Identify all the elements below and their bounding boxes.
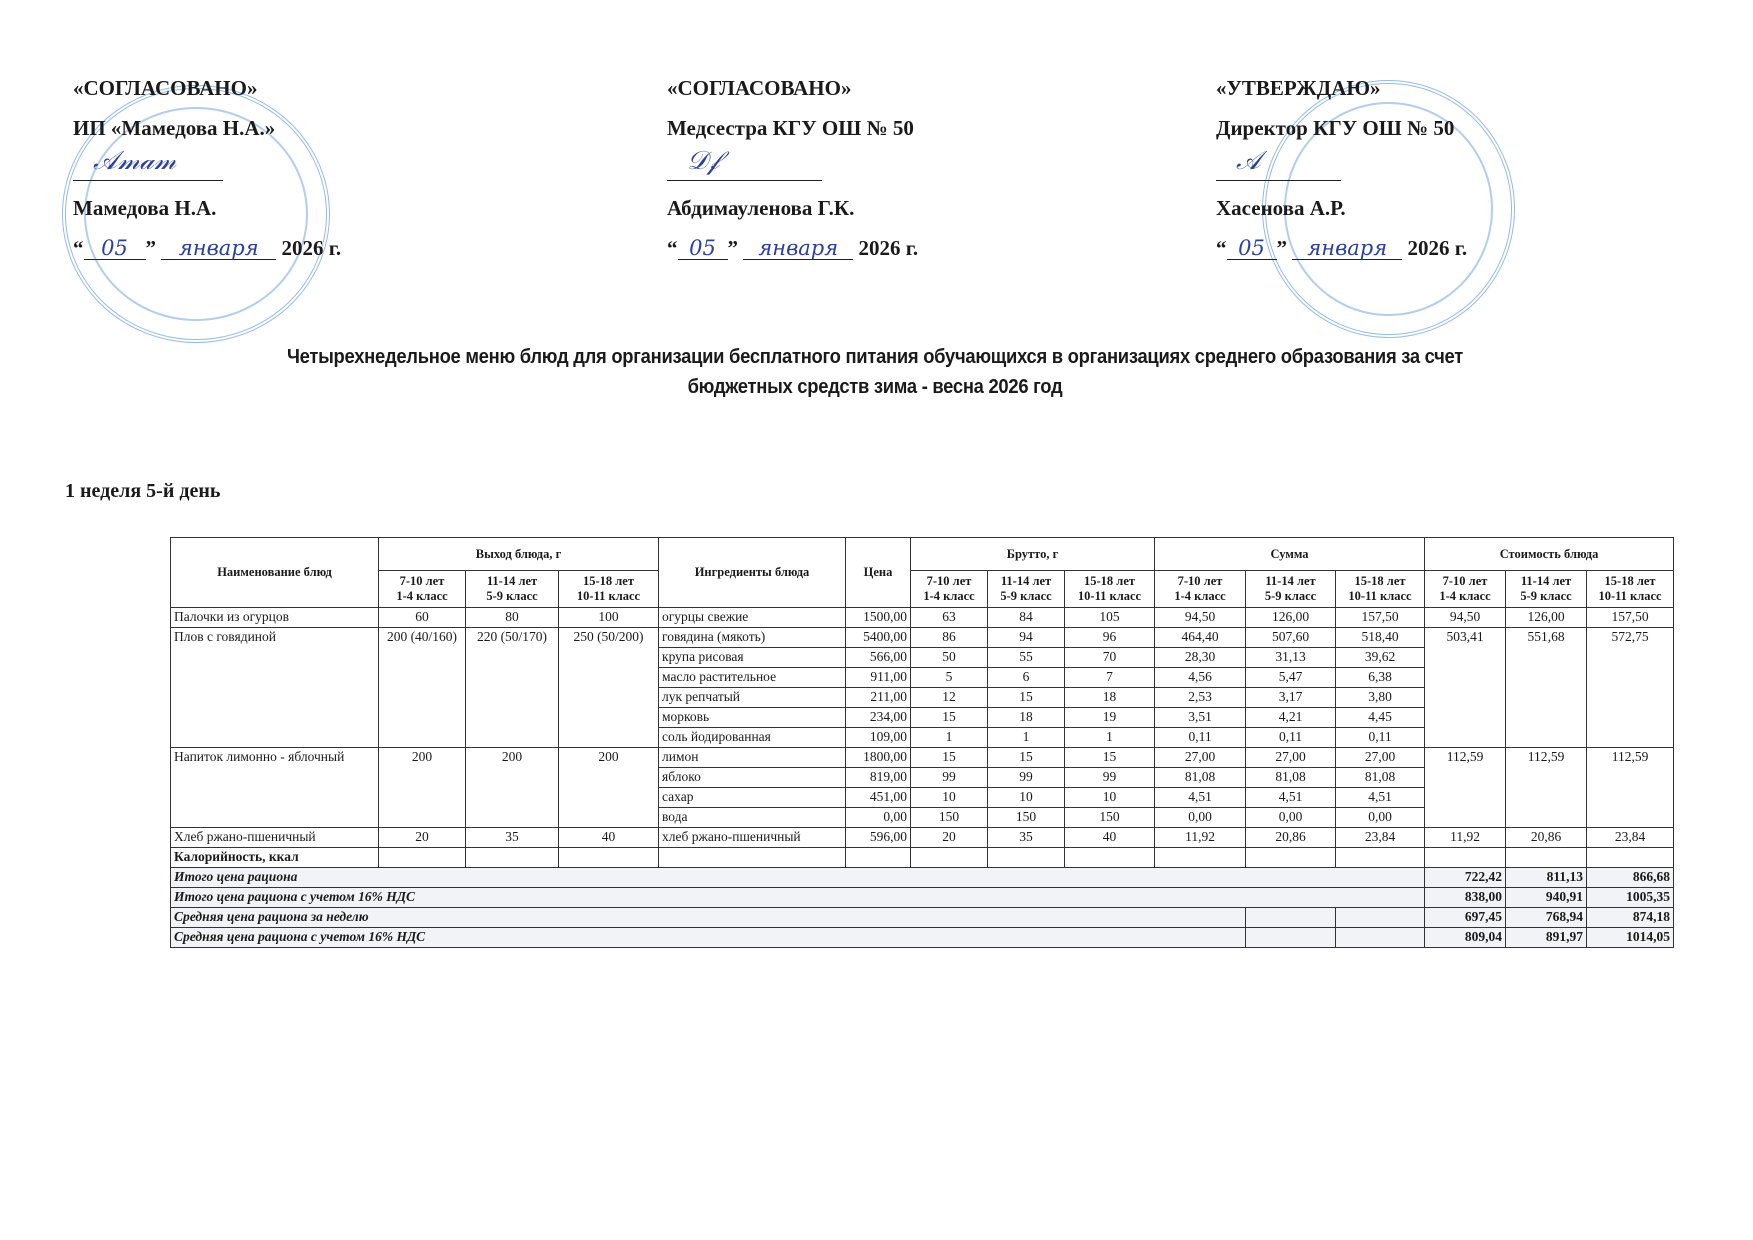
dish-cost: 11,92 xyxy=(1425,828,1506,848)
ingredient-price: 234,00 xyxy=(846,708,911,728)
calories-cell xyxy=(1506,848,1587,868)
table-row: Хлеб ржано-пшеничный203540хлеб ржано-пше… xyxy=(171,828,1674,848)
dish-cost: 157,50 xyxy=(1587,608,1674,628)
summary-label: Средняя цена рациона с учетом 16% НДС xyxy=(171,928,1246,948)
ingredient-sum: 23,84 xyxy=(1336,828,1425,848)
summary-value: 891,97 xyxy=(1506,928,1587,948)
ingredient-brutto: 70 xyxy=(1065,648,1155,668)
header-yield: Выход блюда, г xyxy=(379,538,659,571)
ingredient-brutto: 150 xyxy=(988,808,1065,828)
calories-cell xyxy=(1425,848,1506,868)
dish-yield: 200 xyxy=(466,748,559,828)
header-sum: Сумма xyxy=(1155,538,1425,571)
ingredient-sum: 0,11 xyxy=(1155,728,1246,748)
ingredient-brutto: 15 xyxy=(988,748,1065,768)
ingredient-sum: 4,45 xyxy=(1336,708,1425,728)
ingredient-sum: 0,11 xyxy=(1336,728,1425,748)
dish-yield: 220 (50/170) xyxy=(466,628,559,748)
calories-row: Калорийность, ккал xyxy=(171,848,1674,868)
ingredient-brutto: 86 xyxy=(911,628,988,648)
ingredient-sum: 11,92 xyxy=(1155,828,1246,848)
dish-cost: 112,59 xyxy=(1425,748,1506,828)
menu-table: Наименование блюд Выход блюда, г Ингреди… xyxy=(170,537,1674,948)
signature-line: 𝒜𝓂𝒶𝓂 xyxy=(73,158,223,181)
header-age-group: 7-10 лет1-4 класс xyxy=(911,571,988,608)
ingredient-brutto: 1 xyxy=(911,728,988,748)
ingredient-name: огурцы свежие xyxy=(659,608,846,628)
summary-value: 809,04 xyxy=(1425,928,1506,948)
ingredient-brutto: 105 xyxy=(1065,608,1155,628)
dish-cost: 112,59 xyxy=(1506,748,1587,828)
header-ingredients: Ингредиенты блюда xyxy=(659,538,846,608)
header-dish-name: Наименование блюд xyxy=(171,538,379,608)
approval-name: Хасенова А.Р. xyxy=(1216,198,1467,224)
signature-icon: 𝒜𝓂𝒶𝓂 xyxy=(93,148,176,174)
ingredient-sum: 518,40 xyxy=(1336,628,1425,648)
ingredient-brutto: 15 xyxy=(1065,748,1155,768)
ingredient-brutto: 55 xyxy=(988,648,1065,668)
summary-label: Итого цена рациона xyxy=(171,868,1425,888)
ingredient-sum: 27,00 xyxy=(1246,748,1336,768)
summary-value: 697,45 xyxy=(1425,908,1506,928)
ingredient-name: крупа рисовая xyxy=(659,648,846,668)
summary-label: Средняя цена рациона за неделю xyxy=(171,908,1246,928)
ingredient-sum: 0,11 xyxy=(1246,728,1336,748)
ingredient-brutto: 35 xyxy=(988,828,1065,848)
header-brutto: Брутто, г xyxy=(911,538,1155,571)
calories-cell xyxy=(466,848,559,868)
ingredient-sum: 5,47 xyxy=(1246,668,1336,688)
ingredient-brutto: 19 xyxy=(1065,708,1155,728)
dish-cost: 112,59 xyxy=(1587,748,1674,828)
ingredient-sum: 28,30 xyxy=(1155,648,1246,668)
ingredient-brutto: 5 xyxy=(911,668,988,688)
ingredient-name: масло растительное xyxy=(659,668,846,688)
table-row: Напиток лимонно - яблочный200200200лимон… xyxy=(171,748,1674,768)
ingredient-sum: 4,21 xyxy=(1246,708,1336,728)
ingredient-sum: 81,08 xyxy=(1246,768,1336,788)
ingredient-sum: 4,51 xyxy=(1246,788,1336,808)
calories-cell xyxy=(1336,848,1425,868)
approval-block-director: «УТВЕРЖДАЮ» Директор КГУ ОШ № 50 𝒜 Хасен… xyxy=(1216,78,1467,278)
calories-cell xyxy=(1155,848,1246,868)
ingredient-brutto: 84 xyxy=(988,608,1065,628)
approval-heading: «УТВЕРЖДАЮ» xyxy=(1216,78,1467,104)
header-cost: Стоимость блюда xyxy=(1425,538,1674,571)
dish-cost: 551,68 xyxy=(1506,628,1587,748)
ingredient-sum: 31,13 xyxy=(1246,648,1336,668)
table-row: Плов с говядиной200 (40/160)220 (50/170)… xyxy=(171,628,1674,648)
approval-heading: «СОГЛАСОВАНО» xyxy=(73,78,341,104)
summary-row: Итого цена рациона с учетом 16% НДС838,0… xyxy=(171,888,1674,908)
summary-value: 940,91 xyxy=(1506,888,1587,908)
ingredient-sum: 507,60 xyxy=(1246,628,1336,648)
ingredient-brutto: 40 xyxy=(1065,828,1155,848)
ingredient-name: морковь xyxy=(659,708,846,728)
ingredient-name: лимон xyxy=(659,748,846,768)
ingredient-name: говядина (мякоть) xyxy=(659,628,846,648)
header-age-group: 7-10 лет1-4 класс xyxy=(1425,571,1506,608)
ingredient-price: 5400,00 xyxy=(846,628,911,648)
ingredient-sum: 81,08 xyxy=(1336,768,1425,788)
ingredient-brutto: 12 xyxy=(911,688,988,708)
ingredient-price: 911,00 xyxy=(846,668,911,688)
approval-block-ip: «СОГЛАСОВАНО» ИП «Мамедова Н.А.» 𝒜𝓂𝒶𝓂 Ма… xyxy=(73,78,341,278)
summary-cell xyxy=(1246,928,1336,948)
summary-value: 722,42 xyxy=(1425,868,1506,888)
dish-yield: 200 xyxy=(559,748,659,828)
signature-line: 𝒟𝒻 xyxy=(667,158,822,181)
document-title-line-1: Четырехнедельное меню блюд для организац… xyxy=(162,342,1588,372)
summary-cell xyxy=(1336,908,1425,928)
dish-yield: 250 (50/200) xyxy=(559,628,659,748)
document-title: Четырехнедельное меню блюд для организац… xyxy=(162,342,1588,402)
ingredient-brutto: 63 xyxy=(911,608,988,628)
ingredient-sum: 94,50 xyxy=(1155,608,1246,628)
ingredient-brutto: 18 xyxy=(988,708,1065,728)
ingredient-name: сахар xyxy=(659,788,846,808)
signature-icon: 𝒟𝒻 xyxy=(687,148,719,174)
summary-value: 838,00 xyxy=(1425,888,1506,908)
header-age-group: 15-18 лет10-11 класс xyxy=(1336,571,1425,608)
summary-value: 1014,05 xyxy=(1587,928,1674,948)
ingredient-sum: 4,56 xyxy=(1155,668,1246,688)
approval-org: Директор КГУ ОШ № 50 xyxy=(1216,118,1467,144)
approval-block-nurse: «СОГЛАСОВАНО» Медсестра КГУ ОШ № 50 𝒟𝒻 А… xyxy=(667,78,918,278)
approval-org: Медсестра КГУ ОШ № 50 xyxy=(667,118,918,144)
calories-cell xyxy=(1246,848,1336,868)
ingredient-brutto: 15 xyxy=(988,688,1065,708)
approval-name: Мамедова Н.А. xyxy=(73,198,341,224)
ingredient-price: 1500,00 xyxy=(846,608,911,628)
ingredient-sum: 126,00 xyxy=(1246,608,1336,628)
ingredient-brutto: 15 xyxy=(911,708,988,728)
dish-cost: 572,75 xyxy=(1587,628,1674,748)
ingredient-name: вода xyxy=(659,808,846,828)
ingredient-brutto: 94 xyxy=(988,628,1065,648)
ingredient-brutto: 150 xyxy=(911,808,988,828)
summary-value: 768,94 xyxy=(1506,908,1587,928)
dish-yield: 100 xyxy=(559,608,659,628)
ingredient-sum: 464,40 xyxy=(1155,628,1246,648)
ingredient-price: 819,00 xyxy=(846,768,911,788)
dish-yield: 20 xyxy=(379,828,466,848)
document-title-line-2: бюджетных средств зима - весна 2026 год xyxy=(162,372,1588,402)
dish-yield: 200 (40/160) xyxy=(379,628,466,748)
dish-cost: 20,86 xyxy=(1506,828,1587,848)
ingredient-price: 566,00 xyxy=(846,648,911,668)
ingredient-sum: 27,00 xyxy=(1336,748,1425,768)
header-age-group: 11-14 лет5-9 класс xyxy=(1506,571,1587,608)
ingredient-sum: 0,00 xyxy=(1246,808,1336,828)
ingredient-sum: 6,38 xyxy=(1336,668,1425,688)
dish-name: Напиток лимонно - яблочный xyxy=(171,748,379,828)
summary-value: 1005,35 xyxy=(1587,888,1674,908)
ingredient-brutto: 10 xyxy=(988,788,1065,808)
header-age-group: 15-18 лет10-11 класс xyxy=(1065,571,1155,608)
calories-cell xyxy=(659,848,846,868)
approval-date: “05” января 2026 г. xyxy=(667,238,918,264)
approval-date: “05” января 2026 г. xyxy=(1216,238,1467,264)
calories-cell xyxy=(1587,848,1674,868)
table-row: Палочки из огурцов6080100огурцы свежие15… xyxy=(171,608,1674,628)
ingredient-brutto: 10 xyxy=(1065,788,1155,808)
header-age-group: 11-14 лет5-9 класс xyxy=(1246,571,1336,608)
dish-yield: 35 xyxy=(466,828,559,848)
ingredient-sum: 81,08 xyxy=(1155,768,1246,788)
ingredient-name: лук репчатый xyxy=(659,688,846,708)
calories-cell xyxy=(379,848,466,868)
ingredient-brutto: 96 xyxy=(1065,628,1155,648)
ingredient-price: 211,00 xyxy=(846,688,911,708)
header-age-group: 7-10 лет1-4 класс xyxy=(379,571,466,608)
ingredient-sum: 27,00 xyxy=(1155,748,1246,768)
calories-cell xyxy=(846,848,911,868)
ingredient-brutto: 99 xyxy=(911,768,988,788)
ingredient-brutto: 15 xyxy=(911,748,988,768)
ingredient-name: соль йодированная xyxy=(659,728,846,748)
ingredient-brutto: 18 xyxy=(1065,688,1155,708)
ingredient-price: 451,00 xyxy=(846,788,911,808)
ingredient-sum: 20,86 xyxy=(1246,828,1336,848)
summary-value: 811,13 xyxy=(1506,868,1587,888)
ingredient-price: 109,00 xyxy=(846,728,911,748)
dish-name: Плов с говядиной xyxy=(171,628,379,748)
header-age-group: 15-18 лет10-11 класс xyxy=(1587,571,1674,608)
ingredient-sum: 4,51 xyxy=(1155,788,1246,808)
dish-yield: 60 xyxy=(379,608,466,628)
summary-row: Итого цена рациона722,42811,13866,68 xyxy=(171,868,1674,888)
summary-row: Средняя цена рациона с учетом 16% НДС809… xyxy=(171,928,1674,948)
summary-row: Средняя цена рациона за неделю697,45768,… xyxy=(171,908,1674,928)
approval-name: Абдимауленова Г.К. xyxy=(667,198,918,224)
header-age-group: 11-14 лет5-9 класс xyxy=(466,571,559,608)
signature-icon: 𝒜 xyxy=(1236,148,1261,174)
ingredient-brutto: 99 xyxy=(988,768,1065,788)
approval-heading: «СОГЛАСОВАНО» xyxy=(667,78,918,104)
ingredient-sum: 0,00 xyxy=(1336,808,1425,828)
ingredient-brutto: 7 xyxy=(1065,668,1155,688)
ingredient-name: яблоко xyxy=(659,768,846,788)
ingredient-sum: 3,80 xyxy=(1336,688,1425,708)
dish-name: Палочки из огурцов xyxy=(171,608,379,628)
ingredient-brutto: 10 xyxy=(911,788,988,808)
dish-cost: 126,00 xyxy=(1506,608,1587,628)
ingredient-name: хлеб ржано-пшеничный xyxy=(659,828,846,848)
header-age-group: 7-10 лет1-4 класс xyxy=(1155,571,1246,608)
summary-value: 874,18 xyxy=(1587,908,1674,928)
ingredient-sum: 39,62 xyxy=(1336,648,1425,668)
dish-yield: 200 xyxy=(379,748,466,828)
ingredient-brutto: 6 xyxy=(988,668,1065,688)
header-age-group: 11-14 лет5-9 класс xyxy=(988,571,1065,608)
summary-cell xyxy=(1246,908,1336,928)
summary-value: 866,68 xyxy=(1587,868,1674,888)
ingredient-price: 1800,00 xyxy=(846,748,911,768)
ingredient-brutto: 99 xyxy=(1065,768,1155,788)
calories-cell xyxy=(911,848,988,868)
ingredient-sum: 4,51 xyxy=(1336,788,1425,808)
ingredient-sum: 2,53 xyxy=(1155,688,1246,708)
header-price: Цена xyxy=(846,538,911,608)
ingredient-brutto: 50 xyxy=(911,648,988,668)
ingredient-sum: 3,17 xyxy=(1246,688,1336,708)
ingredient-price: 0,00 xyxy=(846,808,911,828)
approval-date: “05” января 2026 г. xyxy=(73,238,341,264)
calories-cell xyxy=(1065,848,1155,868)
dish-name: Хлеб ржано-пшеничный xyxy=(171,828,379,848)
ingredient-sum: 3,51 xyxy=(1155,708,1246,728)
signature-line: 𝒜 xyxy=(1216,158,1341,181)
dish-cost: 503,41 xyxy=(1425,628,1506,748)
ingredient-brutto: 20 xyxy=(911,828,988,848)
dish-cost: 23,84 xyxy=(1587,828,1674,848)
dish-cost: 94,50 xyxy=(1425,608,1506,628)
ingredient-sum: 157,50 xyxy=(1336,608,1425,628)
ingredient-sum: 0,00 xyxy=(1155,808,1246,828)
calories-label: Калорийность, ккал xyxy=(171,848,379,868)
approval-org: ИП «Мамедова Н.А.» xyxy=(73,118,341,144)
header-age-group: 15-18 лет10-11 класс xyxy=(559,571,659,608)
ingredient-price: 596,00 xyxy=(846,828,911,848)
summary-label: Итого цена рациона с учетом 16% НДС xyxy=(171,888,1425,908)
calories-cell xyxy=(559,848,659,868)
ingredient-brutto: 1 xyxy=(1065,728,1155,748)
ingredient-brutto: 1 xyxy=(988,728,1065,748)
dish-yield: 80 xyxy=(466,608,559,628)
dish-yield: 40 xyxy=(559,828,659,848)
calories-cell xyxy=(988,848,1065,868)
day-label: 1 неделя 5-й день xyxy=(65,480,220,503)
summary-cell xyxy=(1336,928,1425,948)
ingredient-brutto: 150 xyxy=(1065,808,1155,828)
